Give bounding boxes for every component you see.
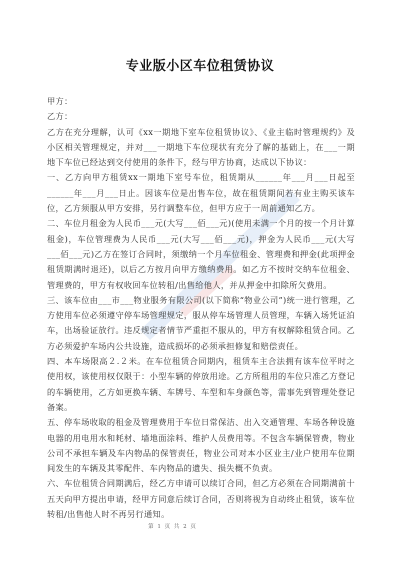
document-page: 专业版小区车位租赁协议 甲方： 乙方： 乙方在充分理解，认可《xx一期地下室车位… [0, 0, 400, 565]
paragraph-clause-4: 四、本车场限高２.２米。在车位租赁合同期内，租赁车主合法拥有该车位平时之使用权，… [47, 354, 355, 415]
document-body: 甲方： 乙方： 乙方在充分理解，认可《xx一期地下室车位租赁协议》、《业主临时管… [47, 94, 355, 522]
paragraph-clause-5: 五、停车场收取的租金及管理费用于车位日常保洁、出入交通管理、车场各种设施电器的用… [47, 415, 355, 476]
paragraph-clause-1: 一、乙方向甲方租赁xx一期地下室号车位，租赁期从______年___月___日起… [47, 170, 355, 216]
paragraph-intro: 乙方在充分理解，认可《xx一期地下室车位租赁协议》、《业主临时管理规约》及小区相… [47, 125, 355, 171]
party-b-line: 乙方： [47, 109, 355, 124]
paragraph-clause-6: 六、车位租赁合同期满后，经乙方申请可以续订合同，但乙方必须在合同期满前十五天向甲… [47, 476, 355, 522]
page-number-footer: 第 1 页 共 2 页 [0, 522, 345, 530]
paragraph-clause-2: 二、车位月租金为人民币___元(大写___佰___元)(使用未满一个月的按一个月… [47, 216, 355, 292]
party-a-line: 甲方： [47, 94, 355, 109]
paragraph-clause-3: 三、该车位由___市___物业服务有限公司(以下简称“物业公司”)统一进行管理，… [47, 293, 355, 354]
document-title: 专业版小区车位租赁协议 [0, 55, 400, 74]
